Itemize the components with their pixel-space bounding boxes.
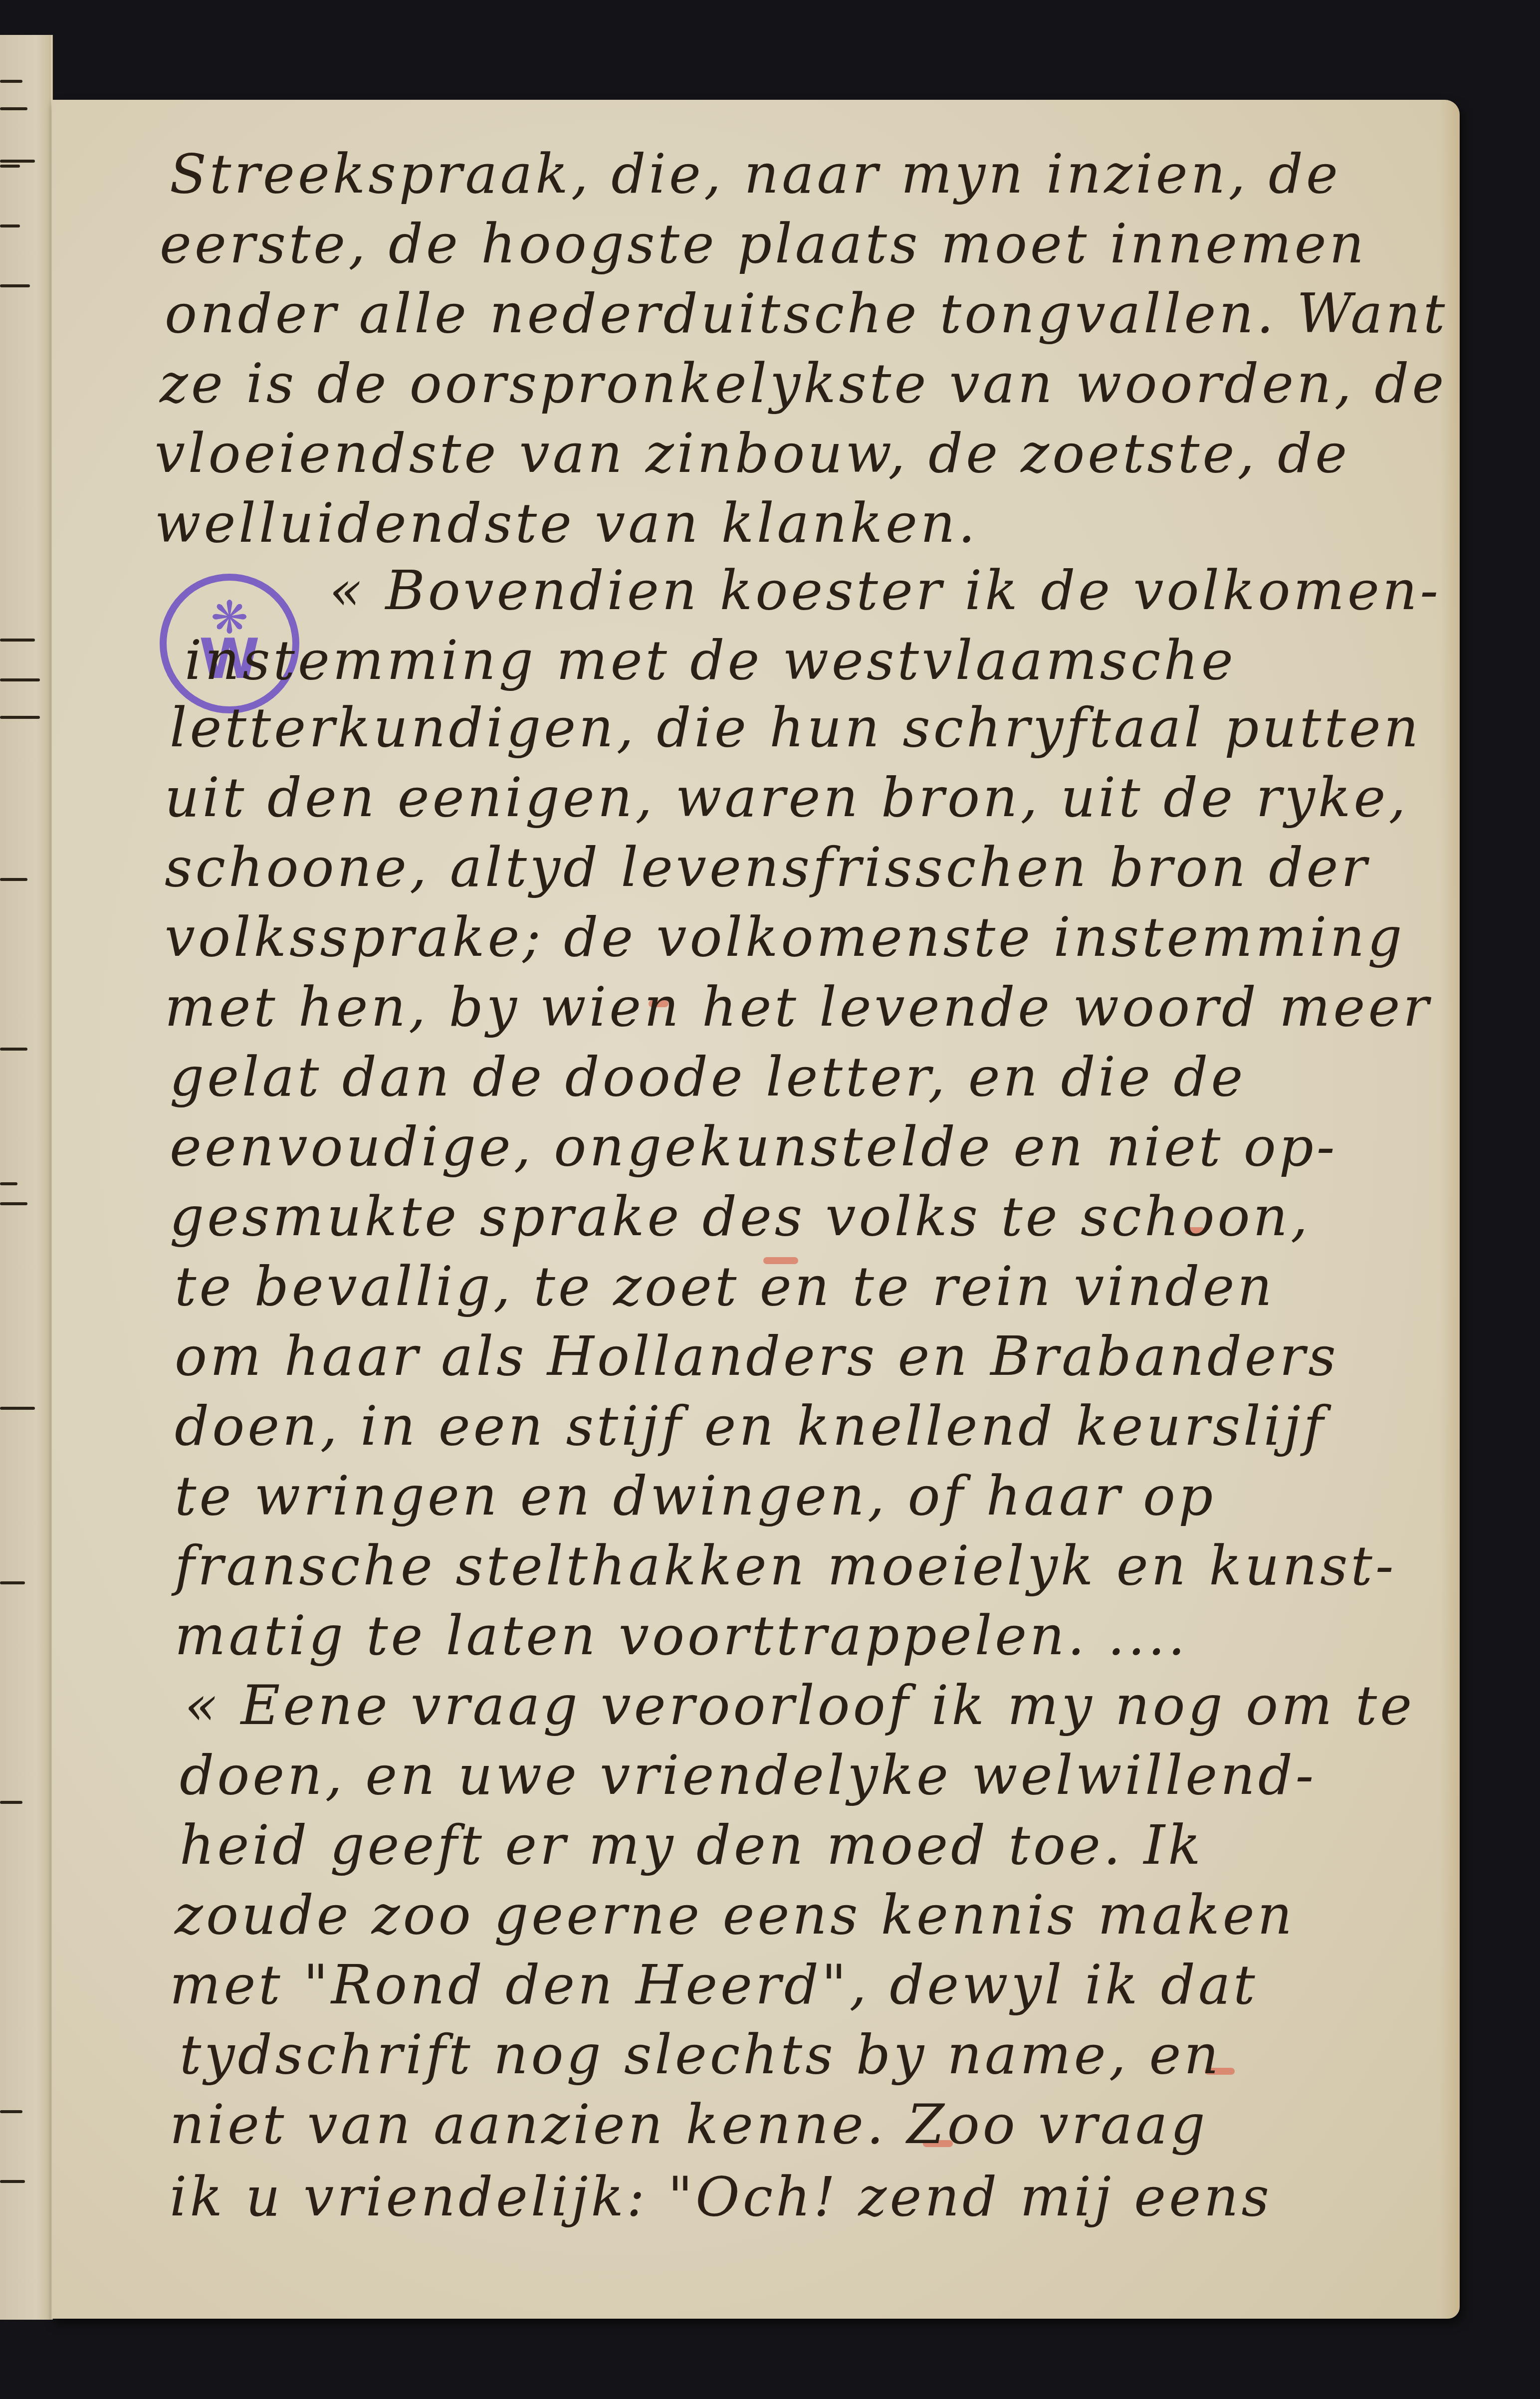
text-line: met "Rond den Heerd", dewyl ik dat xyxy=(170,1956,1258,2015)
ink-fragment xyxy=(0,2110,22,2113)
ink-fragment xyxy=(0,2180,25,2183)
text-line: om haar als Hollanders en Brabanders xyxy=(175,1327,1339,1387)
ink-fragment xyxy=(0,1048,27,1051)
text-line: « Eene vraag veroorloof ik my nog om te xyxy=(185,1676,1415,1736)
text-line: eenvoudige, ongekunstelde en niet op- xyxy=(170,1117,1337,1177)
text-line: volkssprake; de volkomenste instemming xyxy=(165,908,1405,968)
ink-fragment xyxy=(0,1182,17,1185)
text-line: zoude zoo geerne eens kennis maken xyxy=(175,1886,1295,1946)
text-line: Streekspraak, die, naar myn inzien, de xyxy=(170,145,1341,205)
ink-fragment xyxy=(0,1407,35,1410)
text-line: schoone, altyd levensfrisschen bron der xyxy=(165,838,1370,898)
text-line: met hen, by wien het levende woord meer xyxy=(165,978,1432,1038)
text-line: heid geeft er my den moed toe. Ik xyxy=(180,1816,1204,1876)
ink-fragment xyxy=(0,1801,22,1804)
text-line: letterkundigen, die hun schryftaal putte… xyxy=(170,698,1421,758)
text-line: doen, en uwe vriendelyke welwillend- xyxy=(180,1746,1317,1806)
text-line: eerste, de hoogste plaats moet innemen xyxy=(160,215,1367,274)
text-line: ik u vriendelijk: "Och! zend mij eens xyxy=(170,2168,1272,2227)
ink-fragment xyxy=(0,1202,27,1205)
text-line: uit den eenigen, waren bron, uit de ryke… xyxy=(165,768,1409,828)
ink-fragment xyxy=(0,878,27,881)
text-line: te wringen en dwingen, of haar op xyxy=(175,1467,1216,1527)
text-line: instemming met de westvlaamsche xyxy=(185,631,1236,691)
text-line: matig te laten voorttrappelen. .... xyxy=(175,1606,1188,1666)
text-line: gelat dan de doode letter, en die de xyxy=(170,1048,1246,1107)
ink-fragment xyxy=(0,80,22,83)
ink-fragment xyxy=(0,165,20,168)
text-line: vloeiendste van zinbouw, de zoetste, de xyxy=(155,424,1350,484)
text-line: gesmukte sprake des volks te schoon, xyxy=(170,1187,1311,1247)
text-line: ze is de oorspronkelykste van woorden, d… xyxy=(160,354,1447,414)
text-line: onder alle nederduitsche tongvallen. Wan… xyxy=(165,284,1448,344)
text-line: fransche stelthakken moeielyk en kunst- xyxy=(175,1536,1396,1596)
ink-fragment xyxy=(0,716,40,719)
ink-fragment xyxy=(0,160,35,163)
adjacent-left-page xyxy=(0,35,51,2320)
ink-fragment xyxy=(0,224,20,227)
ink-fragment xyxy=(0,1581,25,1584)
ink-fragment xyxy=(0,284,30,287)
text-line: doen, in een stijf en knellend keurslijf xyxy=(175,1397,1326,1457)
text-line: tydschrift nog slechts by name, en xyxy=(180,2025,1222,2085)
ink-fragment xyxy=(0,639,35,642)
text-line: welluidendste van klanken. xyxy=(155,494,978,554)
ink-fragment xyxy=(0,107,27,110)
text-line: « Bovendien koester ik de volkomen- xyxy=(329,561,1441,621)
ink-fragment xyxy=(0,678,40,681)
text-line: niet van aanzien kenne. Zoo vraag xyxy=(170,2095,1208,2155)
text-line: te bevallig, te zoet en te rein vinden xyxy=(175,1257,1275,1317)
